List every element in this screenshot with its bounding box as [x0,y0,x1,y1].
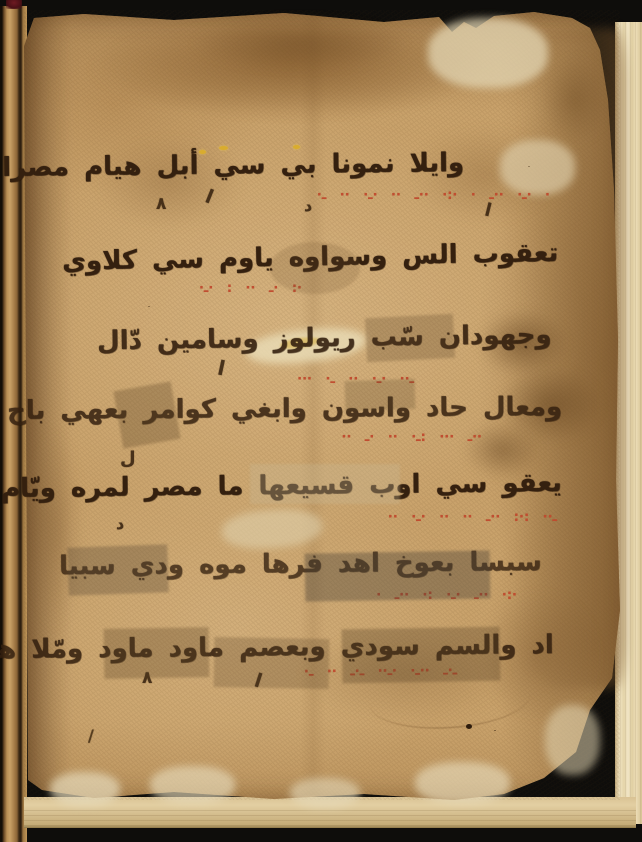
margin-mark-10: / [88,726,94,745]
margin-mark-1: ٨ [156,194,166,214]
red-pointing-row-7: ـ·ـ ··ـ· ·ـ·· ـ·ـ ·· ـ· [304,663,457,679]
manuscript-photo: وايلا نمونا بي سي أبل هيام مصرا بــــــ … [0,0,642,842]
red-pointing-row-1: · ·ـ· ··ـ · ·:· ··ـ ·· ·ـ· ·· ـ· [317,188,550,203]
bottom-page-stack-lines [24,810,636,828]
script-line-6: سبسا بعوخ اهد فرها موه ودي سبيا [59,547,542,581]
margin-mark-3: د [304,196,312,215]
red-pointing-row-5: ـ·· :·: ··ـ ·· ·· ·ـ· ·· [388,510,557,525]
ink-specks [466,724,472,729]
script-line-5: يعقو سي اوب قسيعها ما مصر لمره ويّام [1,468,562,504]
fore-edge-page-lines [615,22,642,824]
margin-mark-6: ل [120,448,136,469]
red-pointing-row-3: ـ·· ·ـ· ·· ـ· ··· [297,372,414,387]
binding-headband [6,0,22,9]
margin-mark-8: ٨ [142,668,152,688]
red-pointing-row-2: ·: ·ـ ·· : ·ـ· [199,281,302,296]
red-pointing-row-4: ··ـ ··· :ـ· ·· ·ـ ·· [342,430,482,445]
script-line-1: وايلا نمونا بي سي أبل هيام مصرا بــــــ [0,148,464,184]
script-line-7: اد والسم سودي وبعصم ماود ماود ومّلا هامر [0,630,554,665]
script-line-4: ومعال حاد واسون وابغي كوامر بعهي باح [7,392,562,426]
red-pointing-row-6: ·:· ··ـ ·ـ· :· ··ـ · [376,588,517,603]
margin-mark-7: د [116,514,124,533]
script-line-3: وجهودان سّب ريولوز وسامين دّال [97,320,552,356]
